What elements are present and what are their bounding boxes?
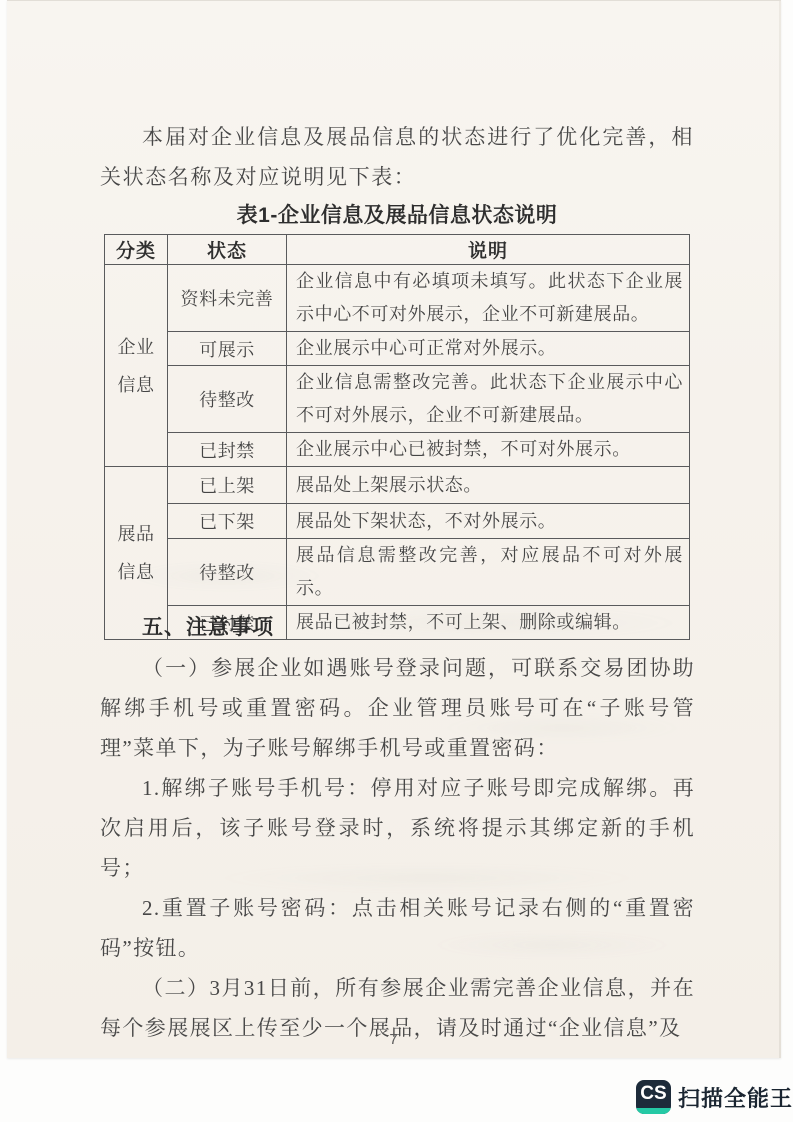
description-cell: 企业信息需整改完善。此状态下企业展示中心不可对外展示，企业不可新建展品。 — [287, 366, 690, 433]
paragraph-account-issues: （一）参展企业如遇账号登录问题，可联系交易团协助解绑手机号或重置密码。企业管理员… — [100, 648, 695, 768]
status-cell: 已封禁 — [168, 433, 287, 467]
table-row: 展品信息 已上架 展品处上架展示状态。 — [105, 467, 690, 504]
camscanner-icon-letters: CS — [636, 1080, 671, 1108]
table-row: 企业信息 资料未完善 企业信息中有必填项未填写。此状态下企业展示中心不可对外展示… — [105, 265, 690, 332]
intro-paragraph: 本届对企业信息及展品信息的状态进行了优化完善，相关状态名称及对应说明见下表： — [100, 117, 694, 197]
table-title: 表1-企业信息及展品信息状态说明 — [100, 199, 694, 229]
camscanner-watermark: CS 扫描全能王 — [636, 1080, 793, 1114]
status-cell: 资料未完善 — [168, 265, 287, 332]
table-row: 可展示 企业展示中心可正常对外展示。 — [105, 332, 690, 366]
paragraph-unbind-phone: 1.解绑子账号手机号：停用对应子账号即完成解绑。再次启用后，该子账号登录时，系统… — [100, 768, 695, 888]
status-cell: 可展示 — [168, 332, 287, 366]
table-row: 已封禁 企业展示中心已被封禁，不可对外展示。 — [105, 433, 690, 467]
camscanner-icon: CS — [636, 1080, 671, 1114]
camscanner-icon-accent-bar — [636, 1108, 671, 1114]
table-row: 待整改 展品信息需整改完善，对应展品不可对外展示。 — [105, 539, 690, 606]
status-cell: 待整改 — [168, 539, 287, 606]
table-row: 待整改 企业信息需整改完善。此状态下企业展示中心不可对外展示，企业不可新建展品。 — [105, 366, 690, 433]
section-heading: 五、注意事项 — [100, 608, 695, 648]
description-cell: 企业展示中心已被封禁，不可对外展示。 — [287, 433, 690, 467]
page-number: 7 — [7, 1031, 781, 1048]
column-header-status: 状态 — [168, 235, 287, 265]
description-cell: 展品处上架展示状态。 — [287, 467, 690, 504]
status-cell: 已上架 — [168, 467, 287, 504]
description-cell: 展品信息需整改完善，对应展品不可对外展示。 — [287, 539, 690, 606]
category-cell-enterprise-info: 企业信息 — [105, 265, 168, 467]
description-cell: 企业信息中有必填项未填写。此状态下企业展示中心不可对外展示，企业不可新建展品。 — [287, 265, 690, 332]
status-cell: 待整改 — [168, 366, 287, 433]
notes-section: 五、注意事项 （一）参展企业如遇账号登录问题，可联系交易团协助解绑手机号或重置密… — [100, 608, 695, 1048]
camscanner-label: 扫描全能王 — [678, 1082, 793, 1113]
table-row: 已下架 展品处下架状态，不对外展示。 — [105, 504, 690, 539]
paragraph-reset-password: 2.重置子账号密码：点击相关账号记录右侧的“重置密码”按钮。 — [100, 888, 695, 968]
column-header-description: 说明 — [287, 235, 690, 265]
document-page: 本届对企业信息及展品信息的状态进行了优化完善，相关状态名称及对应说明见下表： 表… — [7, 0, 781, 1058]
column-header-category: 分类 — [105, 235, 168, 265]
table-header-row: 分类 状态 说明 — [105, 235, 690, 265]
status-cell: 已下架 — [168, 504, 287, 539]
description-cell: 展品处下架状态，不对外展示。 — [287, 504, 690, 539]
status-table: 分类 状态 说明 企业信息 资料未完善 企业信息中有必填项未填写。此状态下企业展… — [104, 234, 690, 640]
scan-background: 本届对企业信息及展品信息的状态进行了优化完善，相关状态名称及对应说明见下表： 表… — [0, 0, 793, 1122]
description-cell: 企业展示中心可正常对外展示。 — [287, 332, 690, 366]
